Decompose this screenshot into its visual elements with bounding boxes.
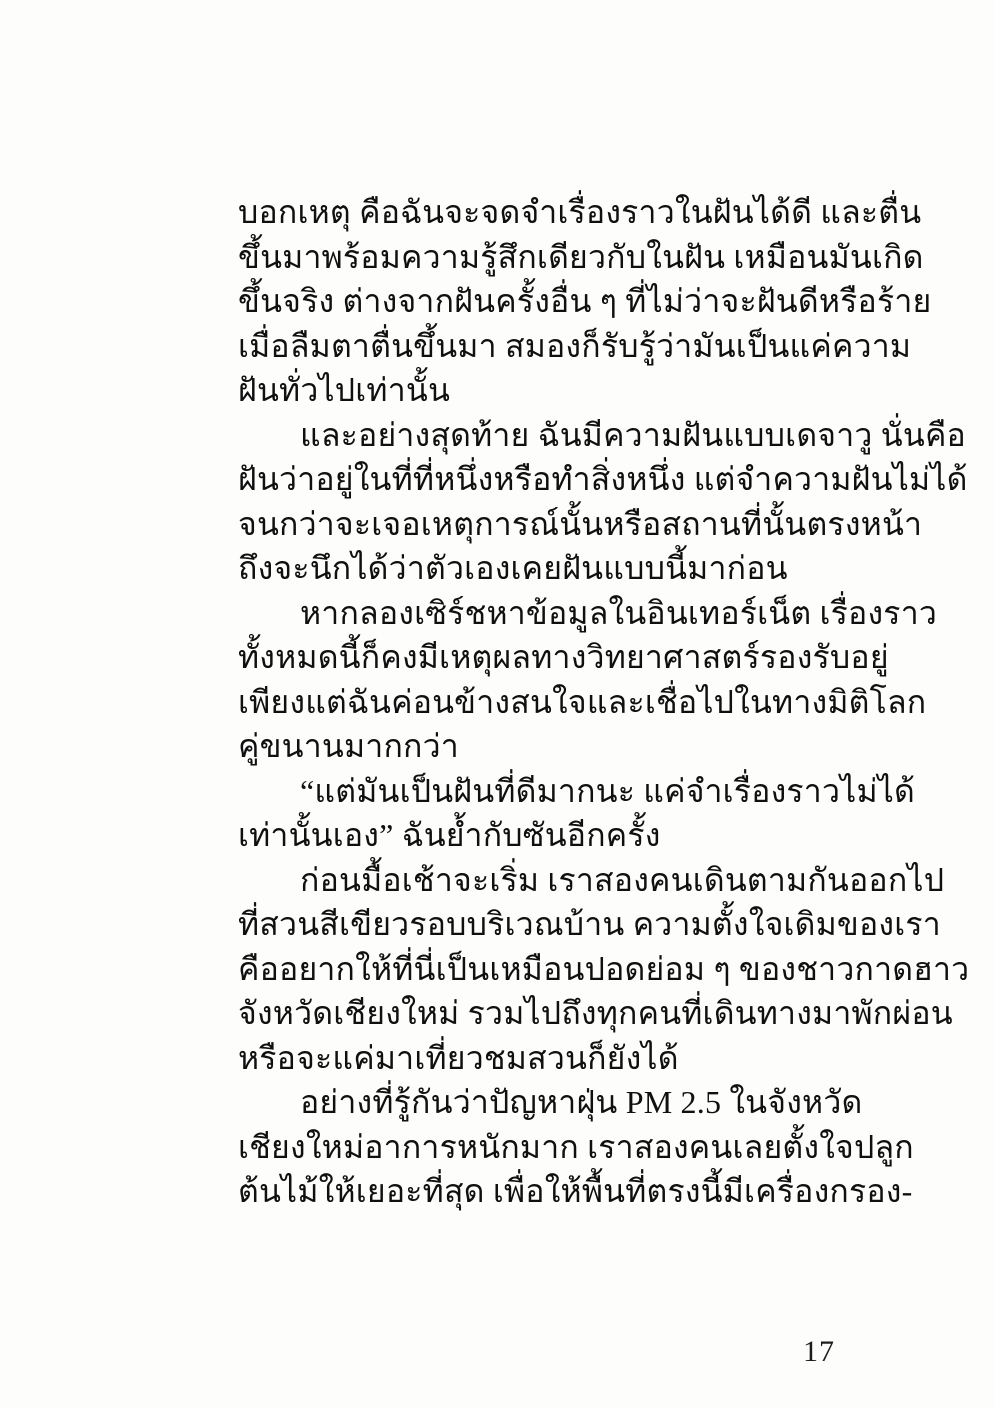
book-page: บอกเหตุ คือฉันจะจดจำเรื่องราวในฝันได้ดี … xyxy=(0,0,995,1408)
paragraph: บอกเหตุ คือฉันจะจดจำเรื่องราวในฝันได้ดี … xyxy=(238,190,886,413)
text-line: หากลองเซิร์ชหาข้อมูลในอินเทอร์เน็ต เรื่อ… xyxy=(238,591,886,636)
text-line: เพียงแต่ฉันค่อนข้างสนใจและเชื่อไปในทางมิ… xyxy=(238,680,886,725)
text-line: ที่สวนสีเขียวรอบบริเวณบ้าน ความตั้งใจเดิ… xyxy=(238,902,886,947)
text-line: บอกเหตุ คือฉันจะจดจำเรื่องราวในฝันได้ดี … xyxy=(238,190,886,235)
text-line: เชียงใหม่อาการหนักมาก เราสองคนเลยตั้งใจป… xyxy=(238,1125,886,1170)
text-line: จนกว่าจะเจอเหตุการณ์นั้นหรือสถานที่นั้นต… xyxy=(238,502,886,547)
paragraph: หากลองเซิร์ชหาข้อมูลในอินเทอร์เน็ต เรื่อ… xyxy=(238,591,886,769)
text-line: และอย่างสุดท้าย ฉันมีความฝันแบบเดจาวู นั… xyxy=(238,413,886,458)
paragraph: ก่อนมื้อเช้าจะเริ่ม เราสองคนเดินตามกันออ… xyxy=(238,858,886,1081)
text-line: ขึ้นจริง ต่างจากฝันครั้งอื่น ๆ ที่ไม่ว่า… xyxy=(238,279,886,324)
text-line: ก่อนมื้อเช้าจะเริ่ม เราสองคนเดินตามกันออ… xyxy=(238,858,886,903)
page-text: บอกเหตุ คือฉันจะจดจำเรื่องราวในฝันได้ดี … xyxy=(238,190,886,1214)
text-line: ถึงจะนึกได้ว่าตัวเองเคยฝันแบบนี้มาก่อน xyxy=(238,546,886,591)
text-line: หรือจะแค่มาเที่ยวชมสวนก็ยังได้ xyxy=(238,1036,886,1081)
paragraph: “แต่มันเป็นฝันที่ดีมากนะ แค่จำเรื่องราวไ… xyxy=(238,769,886,858)
text-line: “แต่มันเป็นฝันที่ดีมากนะ แค่จำเรื่องราวไ… xyxy=(238,769,886,814)
paragraphs-container: บอกเหตุ คือฉันจะจดจำเรื่องราวในฝันได้ดี … xyxy=(238,190,886,1214)
page-number: 17 xyxy=(803,1332,835,1372)
text-line: เท่านั้นเอง” ฉันย้ำกับซันอีกครั้ง xyxy=(238,813,886,858)
text-line: ต้นไม้ให้เยอะที่สุด เพื่อให้พื้นที่ตรงนี… xyxy=(238,1169,886,1214)
paragraph: และอย่างสุดท้าย ฉันมีความฝันแบบเดจาวู นั… xyxy=(238,413,886,591)
paragraph: อย่างที่รู้กันว่าปัญหาฝุ่น PM 2.5 ในจังห… xyxy=(238,1080,886,1214)
text-line: จังหวัดเชียงใหม่ รวมไปถึงทุกคนที่เดินทาง… xyxy=(238,991,886,1036)
text-line: ฝันทั่วไปเท่านั้น xyxy=(238,368,886,413)
text-line: อย่างที่รู้กันว่าปัญหาฝุ่น PM 2.5 ในจังห… xyxy=(238,1080,886,1125)
text-line: เมื่อลืมตาตื่นขึ้นมา สมองก็รับรู้ว่ามันเ… xyxy=(238,324,886,369)
text-line: คืออยากให้ที่นี่เป็นเหมือนปอดย่อม ๆ ของช… xyxy=(238,947,886,992)
text-line: คู่ขนานมากกว่า xyxy=(238,724,886,769)
text-line: ฝันว่าอยู่ในที่ที่หนึ่งหรือทำสิ่งหนึ่ง แ… xyxy=(238,457,886,502)
text-line: ทั้งหมดนี้ก็คงมีเหตุผลทางวิทยาศาสตร์รองร… xyxy=(238,635,886,680)
text-line: ขึ้นมาพร้อมความรู้สึกเดียวกับในฝัน เหมือ… xyxy=(238,235,886,280)
